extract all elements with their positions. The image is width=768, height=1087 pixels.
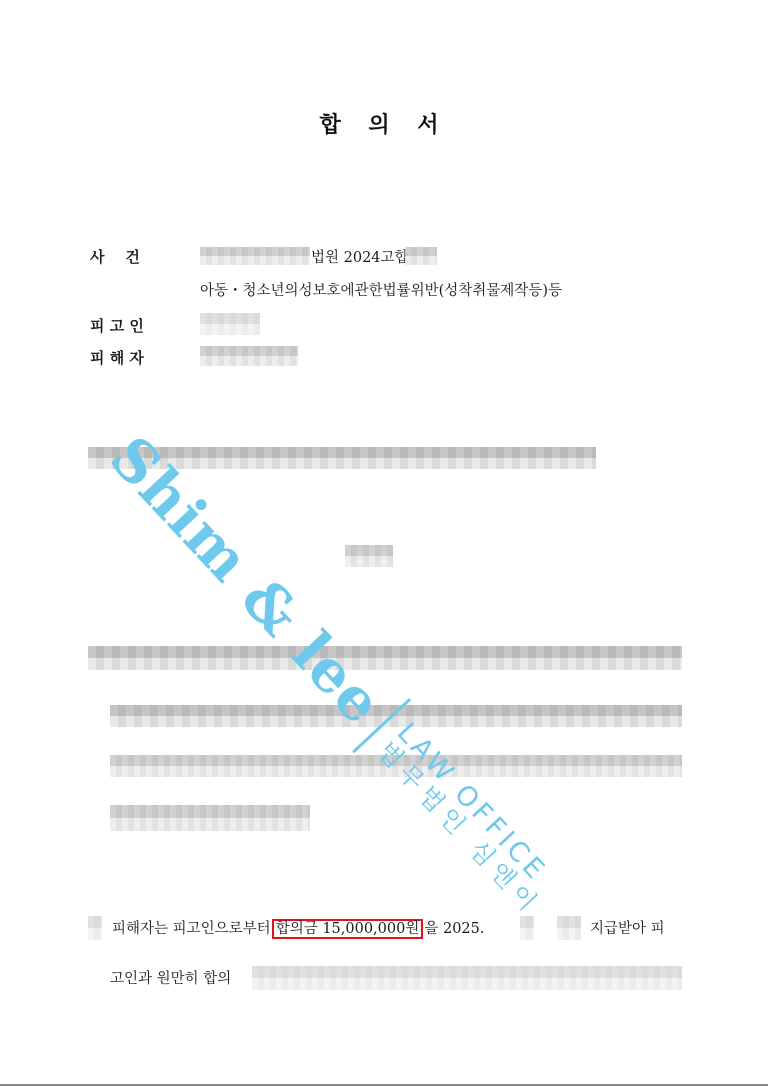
page-bottom-edge: [0, 1084, 768, 1086]
agreement-prefix: 피해자는 피고인으로부터: [112, 921, 271, 937]
redacted-paragraph-2-line-4: [110, 805, 310, 831]
redacted-paragraph-2-line-1: [88, 646, 682, 670]
case-charge: 아동・청소년의성보호에관한법률위반(성착취물제작등)등: [200, 279, 562, 300]
watermark-tagline-en: LAW OFFICE: [391, 717, 553, 887]
redacted-case-number: [405, 247, 437, 265]
redacted-paragraph-2-line-2: [110, 705, 682, 727]
redacted-defendant-name: [200, 313, 260, 335]
agreement-line-1: 피해자는 피고인으로부터합의금 15,000,000원을 2025.: [112, 917, 485, 938]
defendant-label: 피 고 인: [90, 315, 144, 336]
redacted-date-day: [557, 916, 581, 940]
document-title: 합 의 서: [0, 108, 768, 139]
redacted-item-number: [88, 916, 102, 940]
redacted-court-name: [200, 247, 310, 265]
redacted-heading: [345, 545, 393, 567]
agreement-line-2: 고인과 원만히 합의: [110, 967, 231, 988]
settlement-amount-highlight: 합의금 15,000,000원: [272, 919, 424, 939]
redacted-agreement-continuation: [252, 966, 682, 990]
redacted-date-month: [520, 916, 534, 940]
watermark-brand: Shim & lee: [97, 423, 396, 737]
redacted-victim-name: [200, 346, 298, 366]
redacted-paragraph-2-line-3: [110, 755, 682, 777]
watermark-tagline: LAW OFFICE법무법인 심앤이: [372, 718, 565, 920]
case-label: 사 건: [90, 246, 140, 267]
agreement-date-prefix: 을 2025.: [424, 921, 484, 937]
redacted-paragraph-1: [88, 447, 596, 469]
case-court-number: 법원 2024고합: [311, 246, 409, 267]
law-office-watermark: Shim & leeLAW OFFICE법무법인 심앤이: [93, 420, 574, 928]
agreement-line-1-suffix: 지급받아 피: [590, 917, 665, 938]
victim-label: 피 해 자: [90, 347, 144, 368]
